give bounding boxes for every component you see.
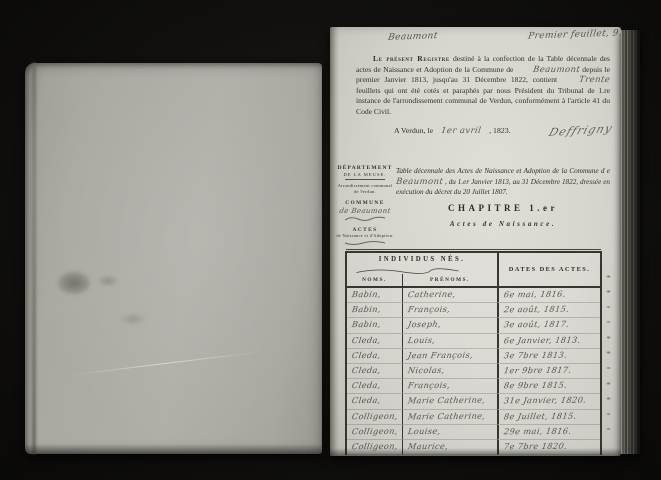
- table-row-nom: Babin,: [347, 288, 402, 303]
- ink-stain: [120, 313, 146, 325]
- table-row-prenom: Joseph,: [402, 318, 497, 333]
- ink-stain: [97, 275, 119, 287]
- scratch-mark: [66, 351, 265, 376]
- table-row-date: 2e août, 1815.: [497, 303, 600, 318]
- table-row-date: 31e Janvier, 1820.: [497, 394, 600, 409]
- dateline-prefix: A Verdun, le: [394, 126, 433, 135]
- handwritten-feuillets-count: Trente: [561, 75, 611, 86]
- title-text-1: Table décennale des Actes de Naissance e…: [396, 167, 610, 175]
- table-row-prenom: François,: [402, 303, 497, 318]
- departement-label: DÉPARTEMENT: [336, 165, 394, 171]
- departement-name: DE LA MEUSE.: [336, 172, 394, 177]
- table-header-individus: INDIVIDUS NÉS.: [347, 253, 497, 274]
- brace-flourish-icon: [355, 268, 460, 274]
- dateline-year: , 1823.: [489, 126, 510, 135]
- table-row-prenom: Jean François,: [402, 349, 497, 364]
- table-row-date: 7e 7bre 1820.: [497, 440, 600, 455]
- table-header-prenoms: PRÉNOMS.: [402, 274, 497, 288]
- table-header-dates: DATES DES ACTES.: [497, 253, 600, 288]
- margin-box: DÉPARTEMENT DE LA MEUSE. Arrondissement …: [336, 165, 394, 246]
- table-row-date: 3e août, 1817.: [497, 318, 600, 333]
- table-row-prenom: Maurice,: [402, 440, 497, 455]
- table-row-nom: Babin,: [347, 318, 402, 333]
- table-row-date: 8e Juillet, 1815.: [497, 410, 600, 425]
- table-row-prenom: Louis,: [402, 334, 497, 349]
- table-row-date: 3e 7bre 1813.: [497, 349, 600, 364]
- handwritten-commune-margin: de Beaumont: [335, 207, 394, 215]
- preamble-lead: Le présent Registre: [373, 54, 450, 63]
- handwritten-commune-title: Beaumont: [395, 177, 443, 188]
- table-row-prenom: Marie Catherine,: [402, 394, 497, 409]
- table-row-nom: Cleda,: [347, 334, 402, 349]
- handwritten-date: 1er avril: [440, 126, 482, 136]
- handwritten-annotation-commune: Beaumont: [387, 31, 438, 43]
- table-row-prenom: Marie Catherine,: [402, 410, 497, 425]
- chapter-heading: CHAPITRE 1.er: [396, 203, 610, 213]
- table-row-date: 1er 9bre 1817.: [497, 364, 600, 379]
- table-row-nom: Cleda,: [347, 364, 402, 379]
- table-decennale-title: Table décennale des Actes de Naissance e…: [396, 166, 610, 198]
- handwritten-annotation-folio: Premier feuillet, 9.: [527, 28, 622, 41]
- commune-label: COMMUNE: [336, 200, 394, 206]
- table-header-noms: NOMS.: [347, 274, 402, 288]
- flourish-icon: [343, 216, 387, 222]
- table-row-date: 29e mai, 1816.: [497, 425, 600, 440]
- book-page-edges: [621, 30, 640, 454]
- scanned-register-spread: Beaumont Premier feuillet, 9. Le présent…: [0, 0, 661, 480]
- fore-edge-artifacts: [606, 275, 614, 443]
- actes-detail: de Naissance et d'Adoption.: [336, 233, 394, 239]
- table-row-date: 6e mai, 1816.: [497, 288, 600, 303]
- left-blank-page: [25, 63, 322, 454]
- divider-rule: [345, 179, 385, 180]
- table-row-date: 6e Janvier, 1813.: [497, 334, 600, 349]
- right-register-page: Beaumont Premier feuillet, 9. Le présent…: [330, 27, 621, 456]
- handwritten-commune-name: Beaumont: [515, 65, 581, 76]
- table-row-nom: Colligeon,: [347, 440, 402, 455]
- table-row-prenom: Louise,: [402, 425, 497, 440]
- flourish-icon: [343, 240, 387, 246]
- ink-stain: [57, 271, 91, 295]
- table-row-nom: Babin,: [347, 303, 402, 318]
- table-row-date: 8e 9bre 1815.: [497, 379, 600, 394]
- table-row-nom: Colligeon,: [347, 425, 402, 440]
- birth-acts-table: INDIVIDUS NÉS. DATES DES ACTES. NOMS. PR…: [345, 251, 602, 455]
- table-row-prenom: François,: [402, 379, 497, 394]
- table-row-nom: Colligeon,: [347, 410, 402, 425]
- chapter-subheading: Actes de Naissance.: [396, 220, 610, 228]
- dateline: A Verdun, le 1er avril , 1823.: [394, 126, 511, 136]
- table-row-nom: Cleda,: [347, 349, 402, 364]
- header-individus-label: INDIVIDUS NÉS.: [379, 256, 465, 263]
- table-row-prenom: Nicolas,: [402, 364, 497, 379]
- register-preamble: Le présent Registre destiné à la confect…: [356, 54, 610, 118]
- preamble-text-3: feuillets qui ont été cotés et paraphés …: [356, 86, 610, 116]
- table-row-nom: Cleda,: [347, 394, 402, 409]
- table-row-prenom: Catherine,: [402, 288, 497, 303]
- arrondissement-line2: de Verdun.: [336, 189, 394, 195]
- president-signature: Deffrigny: [547, 122, 615, 139]
- table-row-nom: Cleda,: [347, 379, 402, 394]
